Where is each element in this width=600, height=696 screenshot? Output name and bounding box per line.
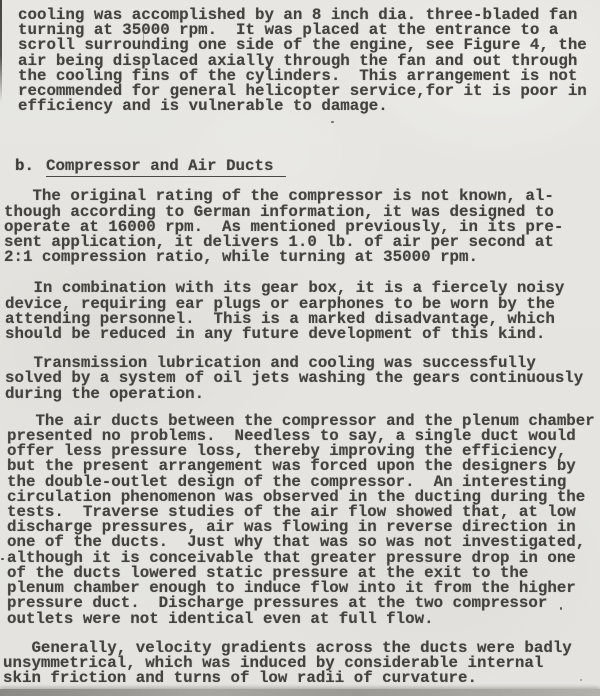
paragraph-compressor-rating: The original rating of the compressor is… (4, 189, 600, 265)
scan-edge-artifact-left (0, 0, 2, 102)
scan-speck (331, 121, 334, 123)
scan-speck (563, 11, 565, 13)
section-heading: b.Compressor and Air Ducts (15, 157, 600, 175)
paragraph-velocity-gradients: Generally, velocity gradients across the… (3, 641, 600, 687)
paragraph-cooling-fan: cooling was accomplished by an 8 inch di… (18, 8, 600, 114)
scan-edge-artifact-bottom (0, 689, 600, 696)
scan-speck (1, 558, 4, 560)
scanned-document-page: cooling was accomplished by an 8 inch di… (0, 0, 600, 696)
scan-scratch-artifact (143, 31, 144, 49)
section-title: Compressor and Air Ducts (46, 157, 287, 177)
paragraph-air-ducts: The air ducts between the compressor and… (7, 414, 600, 627)
paragraph-noise: In combination with its gear box, it is … (5, 281, 600, 342)
section-letter: b. (15, 157, 34, 175)
scan-speck (580, 679, 582, 681)
scan-speck (560, 607, 562, 610)
paragraph-transmission-lubrication: Transmission lubrication and cooling was… (5, 356, 600, 402)
